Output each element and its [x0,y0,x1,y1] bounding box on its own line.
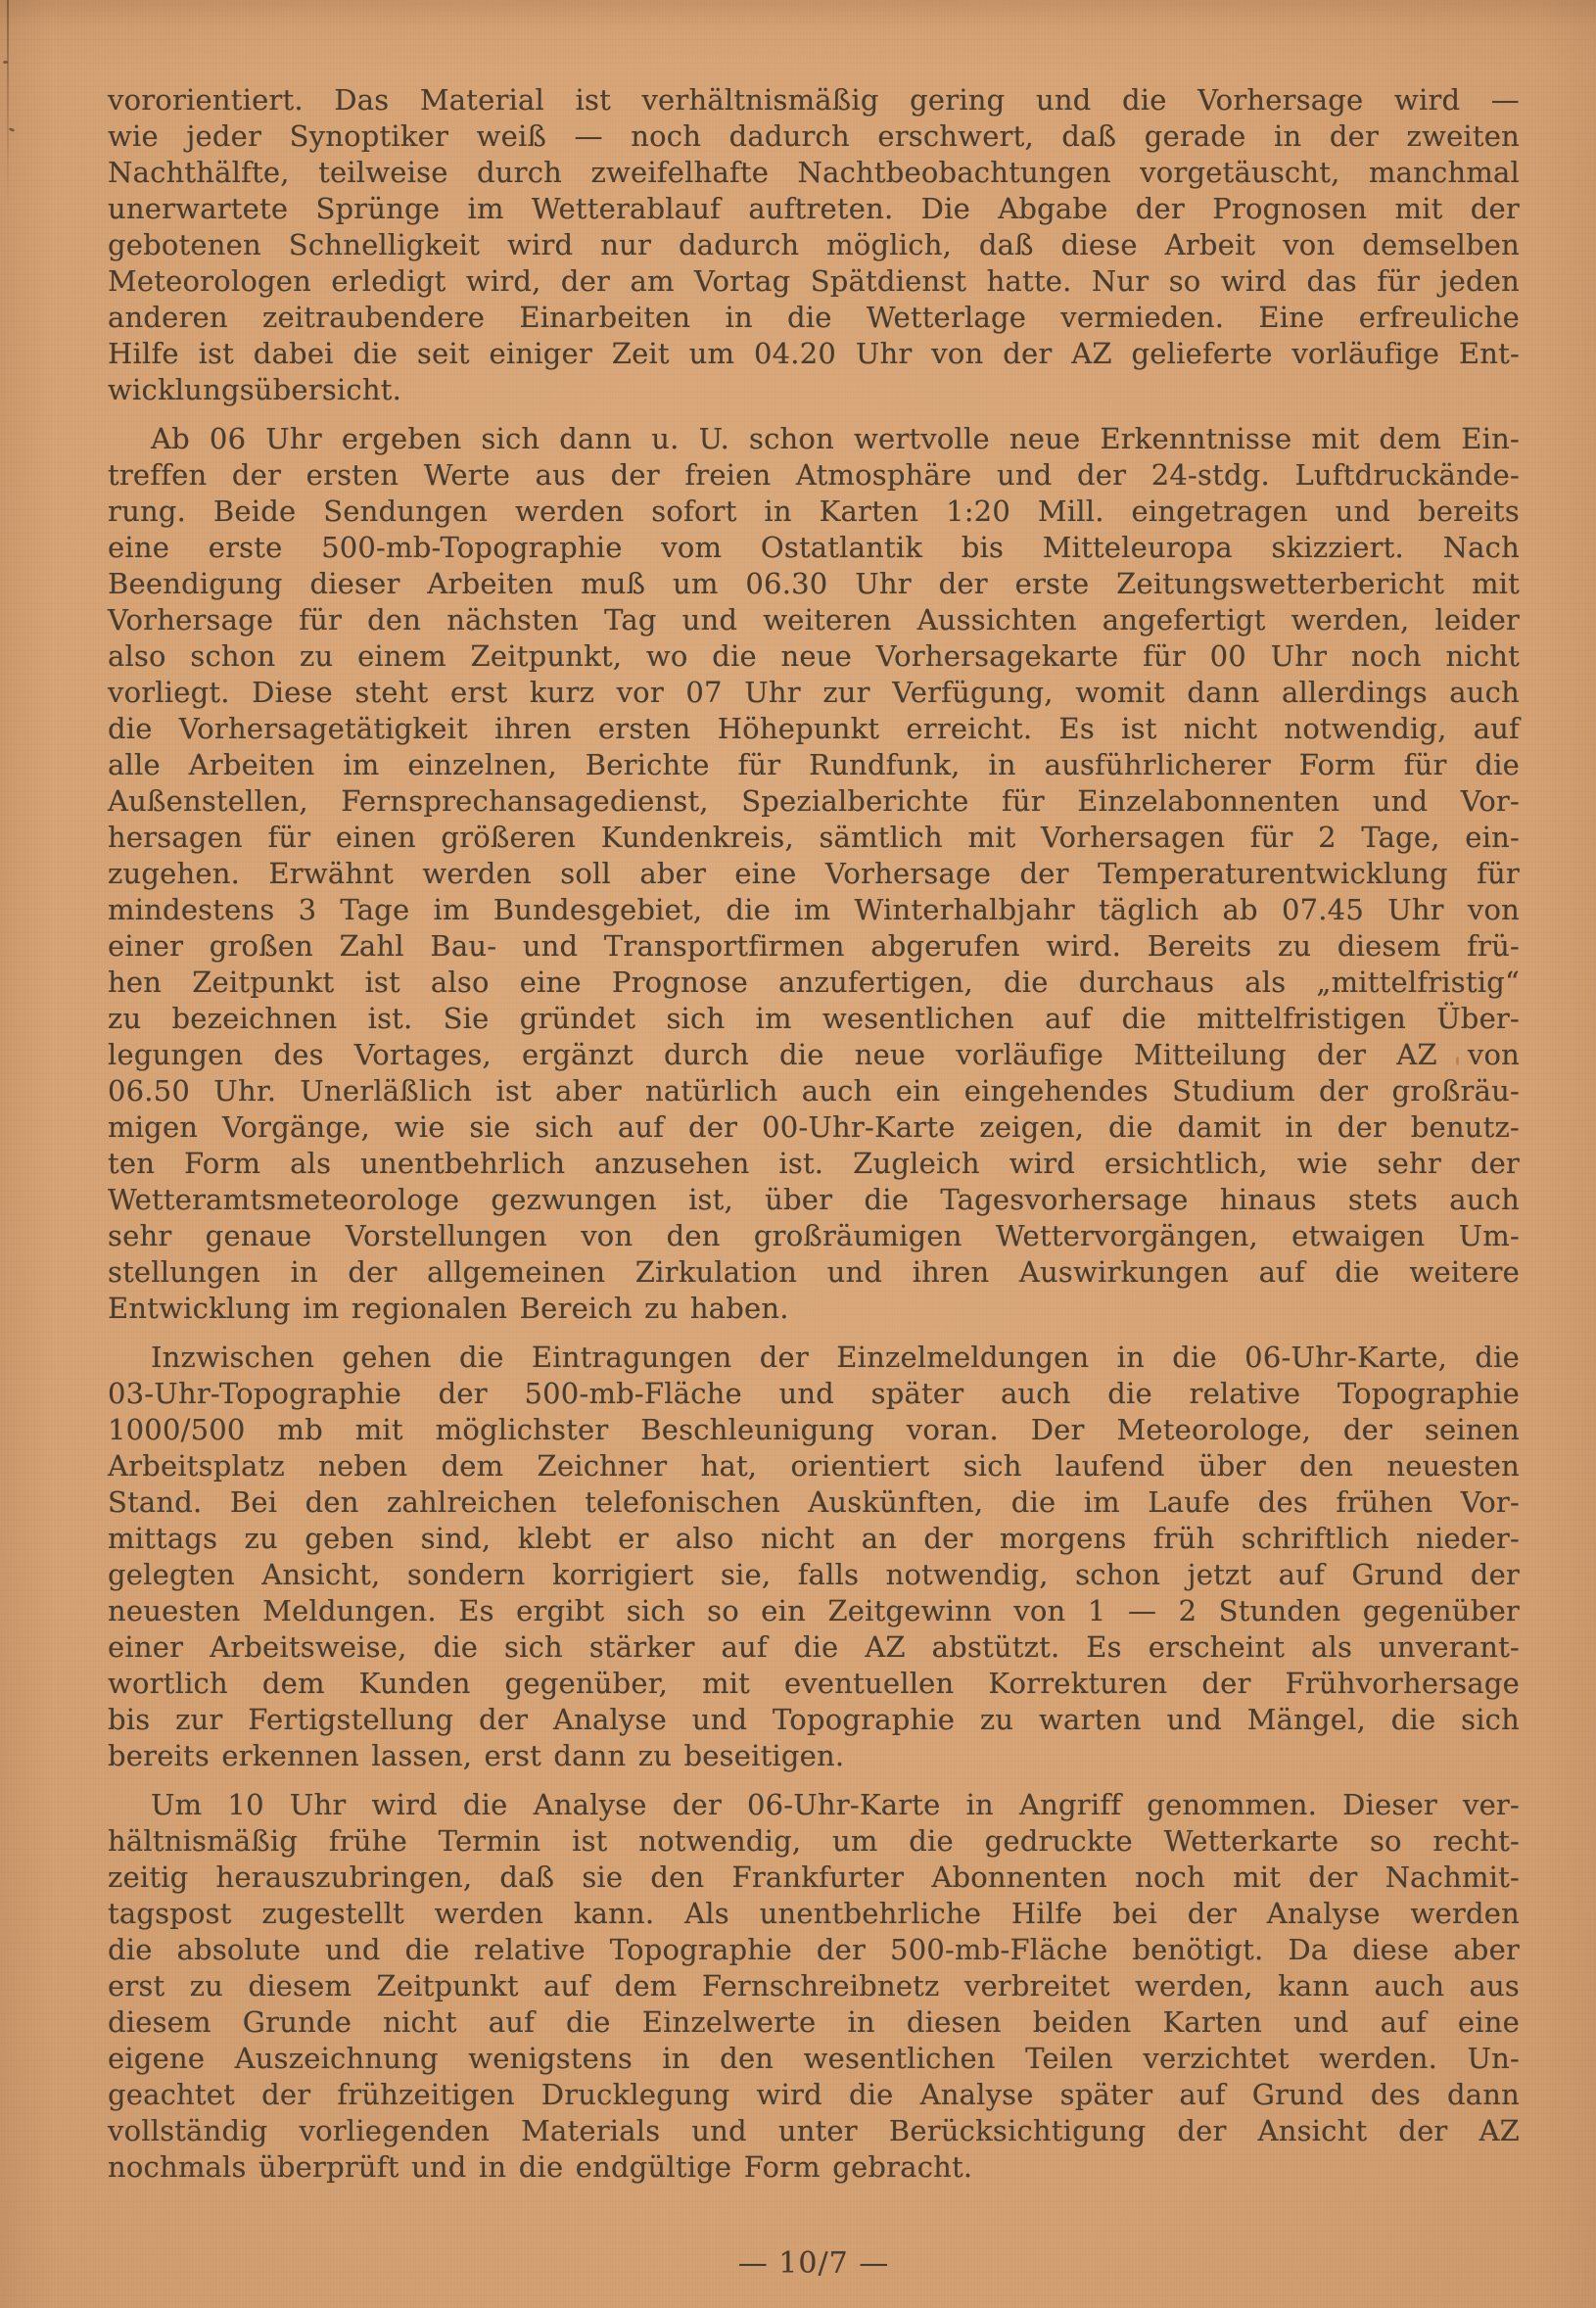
text-line: gelegten Ansicht, sondern korrigiert sie… [108,1557,1520,1593]
text-line: also schon zu einem Zeitpunkt, wo die ne… [108,638,1520,675]
text-line: hältnismäßig frühe Termin ist notwendig,… [108,1823,1520,1860]
paragraph-3: Inzwischen gehen die Eintragungen der Ei… [108,1340,1520,1774]
text-line: gebotenen Schnelligkeit wird nur dadurch… [108,227,1520,263]
text-line: vororientiert. Das Material ist verhältn… [108,82,1520,118]
text-line: hersagen für einen größeren Kundenkreis,… [108,820,1520,856]
text-line: zeitig herauszubringen, daß sie den Fran… [108,1860,1520,1896]
text-line: die absolute und die relative Topographi… [108,1932,1520,1968]
text-line: Meteorologen erledigt wird, der am Vorta… [108,263,1520,300]
text-line: anderen zeitraubendere Einarbeiten in di… [108,300,1520,336]
text-line: zu bezeichnen ist. Sie gründet sich im w… [108,1001,1520,1037]
text-line: eine erste 500-mb-Topographie vom Ostatl… [108,530,1520,566]
paper-speck [9,127,16,132]
text-line: Außenstellen, Fernsprechansagedienst, Sp… [108,783,1520,820]
text-line: wie jeder Synoptiker weiß — noch dadurch… [108,118,1520,155]
text-line: wicklungsübersicht. [108,372,1520,408]
paragraph-4: Um 10 Uhr wird die Analyse der 06-Uhr-Ka… [108,1787,1520,2186]
text-line: die Vorhersagetätigkeit ihren ersten Höh… [108,711,1520,747]
text-line: Entwicklung im regionalen Bereich zu hab… [108,1291,1520,1327]
text-line: mittags zu geben sind, klebt er also nic… [108,1521,1520,1557]
text-line: Wetteramtsmeteorologe gezwungen ist, übe… [108,1182,1520,1218]
text-line: tagspost zugestellt werden kann. Als une… [108,1896,1520,1932]
text-line: legungen des Vortages, ergänzt durch die… [108,1037,1520,1073]
text-line: Nachthälfte, teilweise durch zweifelhaft… [108,155,1520,191]
text-line: ten Form als unentbehrlich anzusehen ist… [108,1146,1520,1182]
text-line: rung. Beide Sendungen werden sofort in K… [108,494,1520,530]
text-line: hen Zeitpunkt ist also eine Prognose anz… [108,965,1520,1001]
text-line: Ab 06 Uhr ergeben sich dann u. U. schon … [108,421,1520,457]
text-line: vorliegt. Diese steht erst kurz vor 07 U… [108,675,1520,711]
text-line: diesem Grunde nicht auf die Einzelwerte … [108,2004,1520,2041]
text-line: Vorhersage für den nächsten Tag und weit… [108,602,1520,638]
text-line: Beendigung dieser Arbeiten muß um 06.30 … [108,566,1520,602]
text-line: alle Arbeiten im einzelnen, Berichte für… [108,747,1520,783]
text-line: stellungen in der allgemeinen Zirkulatio… [108,1254,1520,1291]
text-line: Hilfe ist dabei die seit einiger Zeit um… [108,336,1520,372]
text-line: Inzwischen gehen die Eintragungen der Ei… [108,1340,1520,1376]
text-line: wortlich dem Kunden gegenüber, mit event… [108,1666,1520,1702]
text-line: neuesten Meldungen. Es ergibt sich so ei… [108,1593,1520,1629]
text-line: eigene Auszeichnung wenigstens in den we… [108,2041,1520,2077]
text-line: treffen der ersten Werte aus der freien … [108,457,1520,494]
text-line: 06.50 Uhr. Unerläßlich ist aber natürlic… [108,1073,1520,1109]
text-line: 03-Uhr-Topographie der 500-mb-Fläche und… [108,1376,1520,1412]
text-line: 1000/500 mb mit möglichster Beschleunigu… [108,1412,1520,1448]
paragraph-1: vororientiert. Das Material ist verhältn… [108,82,1520,408]
text-line: erst zu diesem Zeitpunkt auf dem Fernsch… [108,1968,1520,2004]
text-line: mindestens 3 Tage im Bundesgebiet, die i… [108,892,1520,928]
text-line: nochmals überprüft und in die endgültige… [108,2149,1520,2186]
paper-speck [3,61,8,64]
text-line: migen Vorgänge, wie sie sich auf der 00-… [108,1109,1520,1146]
text-line: sehr genaue Vorstellungen von den großrä… [108,1218,1520,1254]
text-line: bis zur Fertigstellung der Analyse und T… [108,1702,1520,1738]
scanned-book-page: vororientiert. Das Material ist verhältn… [0,0,1596,2308]
text-line: geachtet der frühzeitigen Drucklegung wi… [108,2077,1520,2113]
page-text: vororientiert. Das Material ist verhältn… [108,82,1520,2186]
text-line: vollständig vorliegenden Materials und u… [108,2113,1520,2149]
text-line: bereits erkennen lassen, erst dann zu be… [108,1738,1520,1774]
text-line: Arbeitsplatz neben dem Zeichner hat, ori… [108,1448,1520,1484]
text-line: Stand. Bei den zahlreichen telefonischen… [108,1484,1520,1521]
text-line: einer großen Zahl Bau- und Transportfirm… [108,928,1520,965]
text-line: unerwartete Sprünge im Wetterablauf auft… [108,191,1520,227]
paragraph-2: Ab 06 Uhr ergeben sich dann u. U. schon … [108,421,1520,1327]
page-number: — 10/7 — [108,2245,1520,2283]
text-line: Um 10 Uhr wird die Analyse der 06-Uhr-Ka… [108,1787,1520,1823]
text-line: einer Arbeitsweise, die sich stärker auf… [108,1629,1520,1666]
text-line: zugehen. Erwähnt werden soll aber eine V… [108,856,1520,892]
paper-crease [7,0,9,206]
